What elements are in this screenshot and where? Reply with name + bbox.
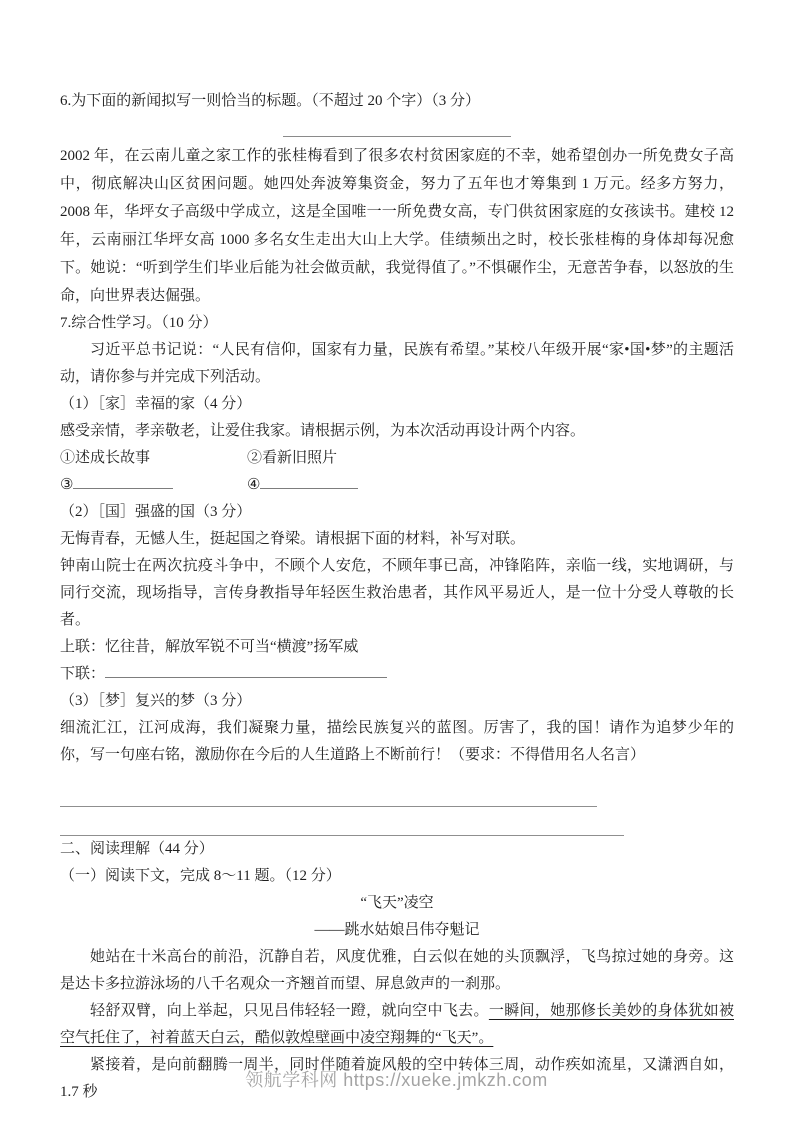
q7-part2-desc: 无悔青春，无憾人生，挺起国之脊梁。请根据下面的材料，补写对联。 (60, 526, 734, 553)
q7-part2-lower-couplet: 下联： (60, 661, 734, 688)
q7-part1-blank4: ④ (247, 472, 358, 499)
passage-subtitle: ——跳水姑娘吕伟夺魁记 (60, 917, 734, 944)
q7-part2-upper-couplet: 上联：忆往昔，解放军锐不可当“横渡”扬军威 (60, 634, 734, 661)
q7-part1-blank3: ③ (60, 472, 247, 499)
q7-part3-answer-area (60, 778, 734, 836)
passage-para2-normal: 轻舒双臂，向上举起，只见吕伟轻轻一蹬，就向空中飞去。 (90, 1003, 489, 1019)
lower-couplet-underline (105, 663, 387, 678)
q7-part1-item1: ①述成长故事 (60, 445, 247, 472)
q7-part1-example-items: ①述成长故事 ②看新旧照片 (60, 445, 734, 472)
passage-paragraph-2: 轻舒双臂，向上举起，只见吕伟轻轻一蹬，就向空中飞去。一瞬间，她那修长美妙的身体犹… (60, 998, 734, 1052)
q7-part3-heading: （3）［梦］复兴的梦（3 分） (60, 688, 734, 715)
blank4-underline (260, 474, 358, 489)
q7-part1-desc: 感受亲情，孝亲敬老，让爱住我家。请根据示例，为本次活动再设计两个内容。 (60, 418, 734, 445)
question-6-prompt: 6.为下面的新闻拟写一则恰当的标题。（不超过 20 个字）（3 分） (60, 88, 734, 115)
section2-heading: 二、阅读理解（44 分） (60, 836, 734, 863)
q7-part3-desc: 细流汇江，江河成海，我们凝聚力量，描绘民族复兴的蓝图。厉害了，我的国！请作为追梦… (60, 715, 734, 769)
q7-part2-material: 钟南山院士在两次抗疫斗争中，不顾个人安危，不顾年事已高，冲锋陷阵，亲临一线，实地… (60, 553, 734, 634)
question-6-news-paragraph: 2002 年，在云南儿童之家工作的张桂梅看到了很多农村贫困家庭的不幸，她希望创办… (60, 142, 734, 310)
watermark-footer: 领航学科网 https://xueke.jmkzh.com (0, 1066, 793, 1092)
answer-line-1 (60, 778, 597, 807)
document-body: 6.为下面的新闻拟写一则恰当的标题。（不超过 20 个字）（3 分） 2002 … (60, 88, 734, 1106)
answer-line-2 (60, 807, 624, 836)
q7-part2-heading: （2）［国］强盛的国（3 分） (60, 499, 734, 526)
blank3-underline (73, 474, 173, 489)
exam-paper-page: 6.为下面的新闻拟写一则恰当的标题。（不超过 20 个字）（3 分） 2002 … (0, 0, 793, 1122)
passage-paragraph-1: 她站在十米高台的前沿，沉静自若，风度优雅，白云似在她的头顶飘浮，飞鸟掠过她的身旁… (60, 944, 734, 998)
question-7-intro: 习近平总书记说：“人民有信仰，国家有力量，民族有希望。”某校八年级开展“家•国•… (60, 337, 734, 391)
section2-subheading: （一）阅读下文，完成 8～11 题。（12 分） (60, 863, 734, 890)
blank4-prefix: ④ (247, 477, 260, 493)
blank3-prefix: ③ (60, 477, 73, 493)
lower-couplet-label: 下联： (60, 666, 105, 682)
passage-title: “飞天”凌空 (60, 890, 734, 917)
q7-part1-heading: （1）［家］幸福的家（4 分） (60, 391, 734, 418)
blank-underline (283, 136, 511, 137)
q7-part1-item2: ②看新旧照片 (247, 445, 337, 472)
question-6-title-blank (60, 115, 734, 142)
q7-part1-blanks-row: ③ ④ (60, 472, 734, 499)
question-7-heading: 7.综合性学习。（10 分） (60, 310, 734, 337)
